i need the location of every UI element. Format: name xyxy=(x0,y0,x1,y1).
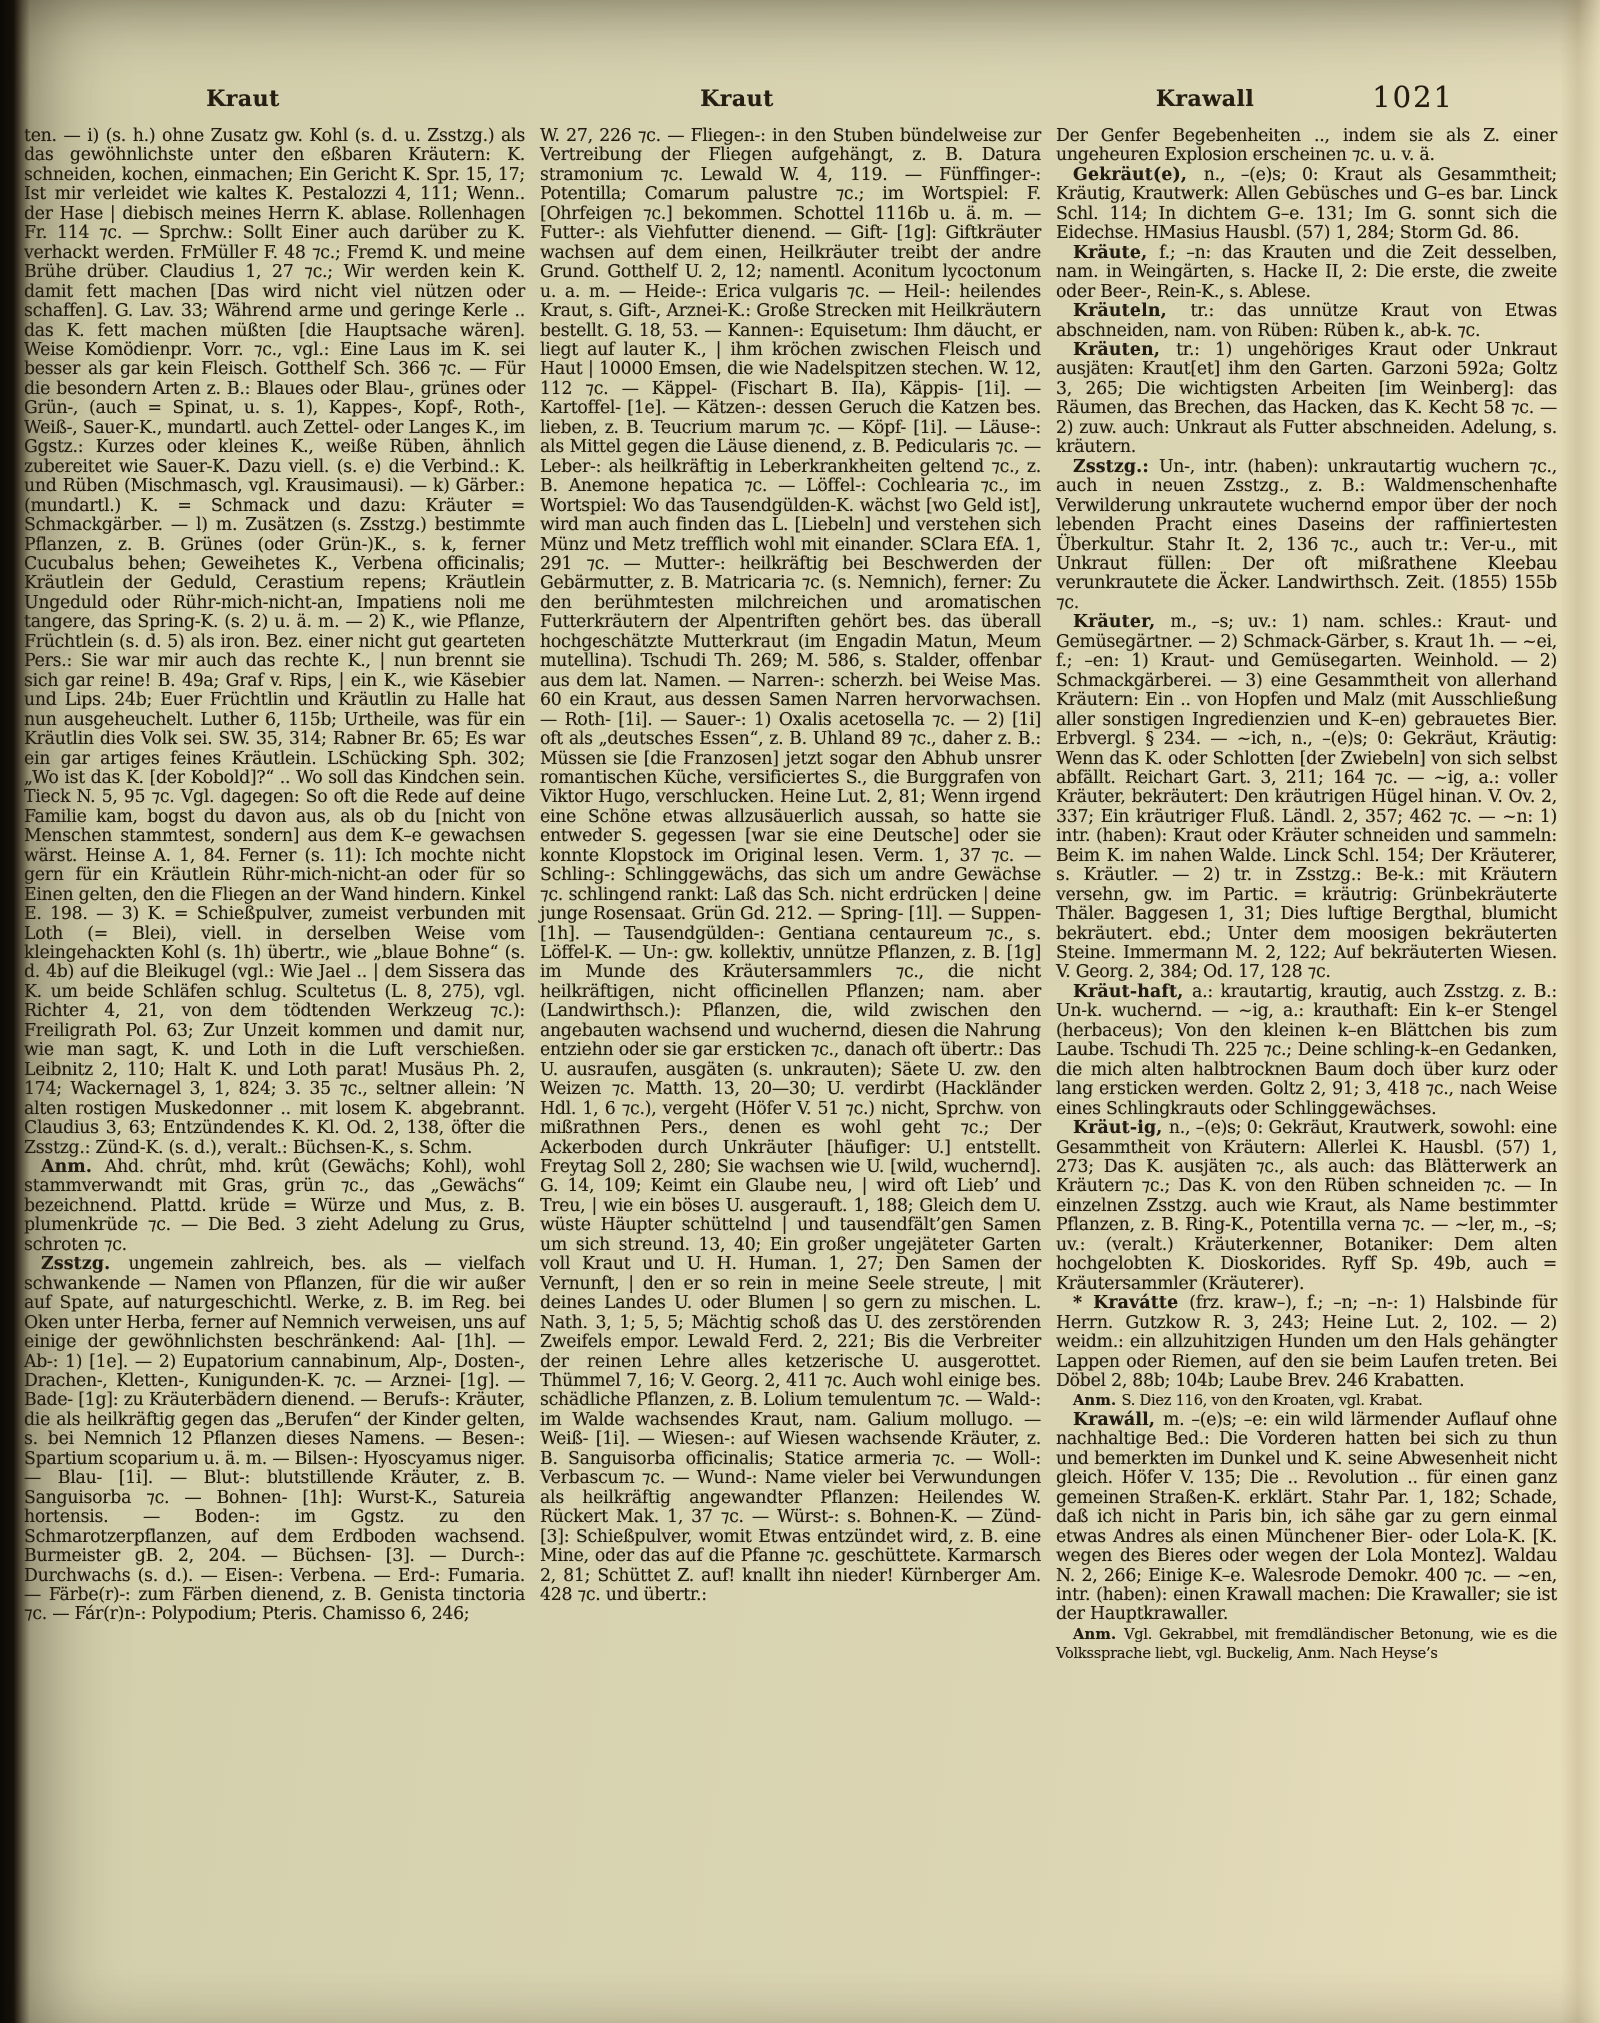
entry-paragraph: Krawáll, m. –(e)s; –e: ein wild lärmende… xyxy=(1056,1411,1557,1625)
text-paragraph: Der Genfer Begebenheiten .., indem sie a… xyxy=(1056,127,1557,166)
entry-paragraph: Kräuten, tr.: 1) ungehöriges Kraut oder … xyxy=(1056,341,1557,458)
entry-paragraph: * Kravátte (frz. kraw–), f.; –n; –n-: 1)… xyxy=(1056,1294,1557,1391)
scanned-page: Kraut Kraut Krawall 1021 ten. — i) (s. h… xyxy=(0,0,1600,2023)
entry-headword: Zsstzg.: xyxy=(1073,457,1159,477)
page-number: 1021 xyxy=(1372,80,1454,114)
entry-headword: Zsstzg. xyxy=(41,1254,128,1274)
entry-headword: Anm. xyxy=(41,1157,105,1177)
text-paragraph: ten. — i) (s. h.) ohne Zusatz gw. Kohl (… xyxy=(24,127,525,1158)
entry-paragraph: Anm. S. Diez 116, von den Kroaten, vgl. … xyxy=(1056,1391,1557,1410)
entry-paragraph: Kräut-ig, n., –(e)s; 0: Gekräut, Krautwe… xyxy=(1056,1119,1557,1294)
entry-headword: Gekräut(e), xyxy=(1073,165,1204,185)
entry-headword: Anm. xyxy=(1073,1392,1122,1409)
running-title-left: Kraut xyxy=(206,86,280,112)
running-title-right: Krawall xyxy=(1156,86,1254,112)
entry-paragraph: Kräute, f.; –n: das Krauten und die Zeit… xyxy=(1056,244,1557,302)
text-paragraph: W. 27, 226 ⁊c. — Fliegen-: in den Stuben… xyxy=(540,127,1041,1605)
entry-paragraph: Anm. Vgl. Gekrabbel, mit fremdländischer… xyxy=(1056,1625,1557,1664)
column-1: ten. — i) (s. h.) ohne Zusatz gw. Kohl (… xyxy=(24,127,525,2007)
entry-paragraph: Kräuteln, tr.: das unnütze Kraut von Etw… xyxy=(1056,302,1557,341)
book-page-scan: { "header": { "left_title": "Kraut", "ce… xyxy=(0,0,1600,2023)
entry-headword: Kräut-haft, xyxy=(1073,982,1192,1002)
entry-headword: Kräute, xyxy=(1073,243,1159,263)
entry-headword: * Kravátte xyxy=(1073,1293,1189,1313)
entry-headword: Anm. xyxy=(1073,1626,1124,1643)
entry-headword: Krawáll, xyxy=(1073,1410,1163,1430)
entry-headword: Kräuter, xyxy=(1073,612,1170,632)
page-edge-highlight xyxy=(1560,0,1600,2023)
entry-paragraph: Zsstzg.: Un-, intr. (haben): unkrautarti… xyxy=(1056,458,1557,614)
text-columns: ten. — i) (s. h.) ohne Zusatz gw. Kohl (… xyxy=(24,127,1558,2007)
entry-headword: Kräuteln, xyxy=(1073,301,1190,321)
running-title-center: Kraut xyxy=(700,86,774,112)
column-3: Der Genfer Begebenheiten .., indem sie a… xyxy=(1056,127,1557,2007)
entry-paragraph: Zsstzg. ungemein zahlreich, bes. als — v… xyxy=(24,1255,525,1625)
entry-headword: Kräut-ig, xyxy=(1073,1118,1169,1138)
entry-paragraph: Kräut-haft, a.: krautartig, krautig, auc… xyxy=(1056,983,1557,1119)
entry-paragraph: Anm. Ahd. chrût, mhd. krût (Gewächs; Koh… xyxy=(24,1158,525,1255)
column-2: W. 27, 226 ⁊c. — Fliegen-: in den Stuben… xyxy=(540,127,1041,2007)
entry-paragraph: Gekräut(e), n., –(e)s; 0: Kraut als Gesa… xyxy=(1056,166,1557,244)
entry-paragraph: Kräuter, m., –s; uv.: 1) nam. schles.: K… xyxy=(1056,613,1557,983)
page-header: Kraut Kraut Krawall 1021 xyxy=(0,86,1600,120)
entry-headword: Kräuten, xyxy=(1073,340,1176,360)
